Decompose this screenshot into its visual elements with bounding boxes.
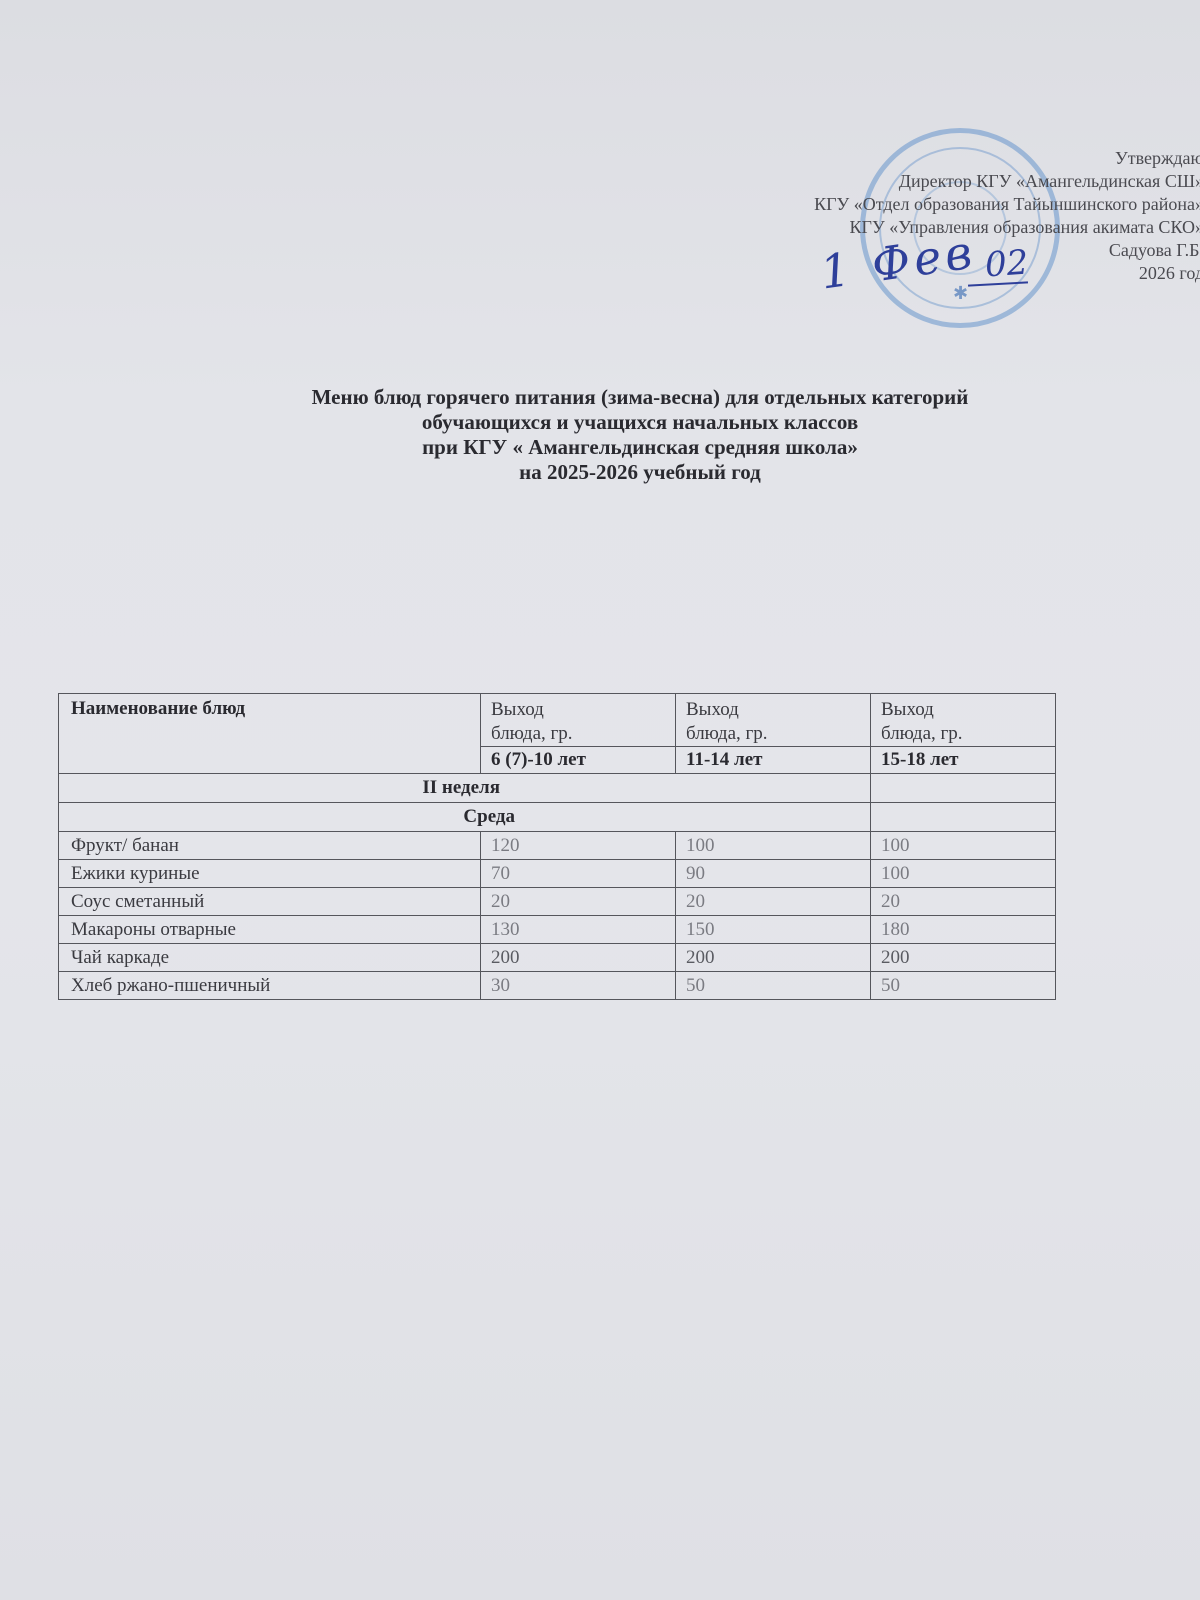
- dish-name: Соус сметанный: [59, 888, 481, 916]
- header-output-3: Выход блюда, гр.: [871, 694, 1056, 747]
- title-line: на 2025-2026 учебный год: [100, 460, 1180, 485]
- portion-value: 100: [871, 832, 1056, 860]
- approval-line: Утверждаю: [814, 147, 1200, 170]
- document-page: ✱ Утверждаю Директор КГУ «Амангельдинска…: [0, 0, 1200, 1600]
- portion-value: 100: [871, 860, 1056, 888]
- table-row: Макароны отварные 130 150 180: [59, 916, 1056, 944]
- title-line: Меню блюд горячего питания (зима-весна) …: [100, 385, 1180, 410]
- output-label-line: Выход: [881, 699, 934, 720]
- table-row: Соус сметанный 20 20 20: [59, 888, 1056, 916]
- output-label-line: блюда, гр.: [881, 723, 963, 744]
- approval-line: КГУ «Управления образования акимата СКО»: [814, 216, 1200, 239]
- age-group-1: 6 (7)-10 лет: [481, 747, 676, 774]
- portion-value: 50: [871, 972, 1056, 1000]
- output-label-line: Выход: [491, 699, 544, 720]
- table-row: Фрукт/ банан 120 100 100: [59, 832, 1056, 860]
- table-row: Ежики куриные 70 90 100: [59, 860, 1056, 888]
- header-dish-name: Наименование блюд: [59, 694, 481, 774]
- portion-value: 200: [676, 944, 871, 972]
- table-row: Чай каркаде 200 200 200: [59, 944, 1056, 972]
- portion-value: 150: [676, 916, 871, 944]
- dish-name: Хлеб ржано-пшеничный: [59, 972, 481, 1000]
- portion-value: 20: [871, 888, 1056, 916]
- stamp-star-icon: ✱: [953, 283, 968, 304]
- handwritten-date: 02: [984, 243, 1030, 286]
- header-output-1: Выход блюда, гр.: [481, 694, 676, 747]
- week-label: II неделя: [59, 774, 871, 803]
- portion-value: 180: [871, 916, 1056, 944]
- approval-line: Директор КГУ «Амангельдинская СШ»: [814, 170, 1200, 193]
- dish-name: Фрукт/ банан: [59, 832, 481, 860]
- header-output-2: Выход блюда, гр.: [676, 694, 871, 747]
- output-label-line: блюда, гр.: [686, 723, 768, 744]
- portion-value: 30: [481, 972, 676, 1000]
- menu-table: Наименование блюд Выход блюда, гр. Выход…: [58, 693, 1056, 1000]
- header-row: Наименование блюд Выход блюда, гр. Выход…: [59, 694, 1056, 747]
- age-group-3: 15-18 лет: [871, 747, 1056, 774]
- portion-value: 200: [481, 944, 676, 972]
- output-label-line: блюда, гр.: [491, 723, 573, 744]
- dish-name: Макароны отварные: [59, 916, 481, 944]
- age-group-2: 11-14 лет: [676, 747, 871, 774]
- portion-value: 20: [676, 888, 871, 916]
- portion-value: 200: [871, 944, 1056, 972]
- approval-line: КГУ «Отдел образования Тайыншинского рай…: [814, 193, 1200, 216]
- day-row: Среда: [59, 803, 1056, 832]
- portion-value: 90: [676, 860, 871, 888]
- output-label-line: Выход: [686, 699, 739, 720]
- document-title: Меню блюд горячего питания (зима-весна) …: [100, 385, 1180, 485]
- portion-value: 120: [481, 832, 676, 860]
- empty-cell: [871, 803, 1056, 832]
- week-row: II неделя: [59, 774, 1056, 803]
- portion-value: 100: [676, 832, 871, 860]
- portion-value: 50: [676, 972, 871, 1000]
- portion-value: 70: [481, 860, 676, 888]
- empty-cell: [871, 774, 1056, 803]
- day-label: Среда: [59, 803, 871, 832]
- portion-value: 130: [481, 916, 676, 944]
- title-line: обучающихся и учащихся начальных классов: [100, 410, 1180, 435]
- title-line: при КГУ « Амангельдинская средняя школа»: [100, 435, 1180, 460]
- portion-value: 20: [481, 888, 676, 916]
- dish-name: Ежики куриные: [59, 860, 481, 888]
- dish-name: Чай каркаде: [59, 944, 481, 972]
- table-row: Хлеб ржано-пшеничный 30 50 50: [59, 972, 1056, 1000]
